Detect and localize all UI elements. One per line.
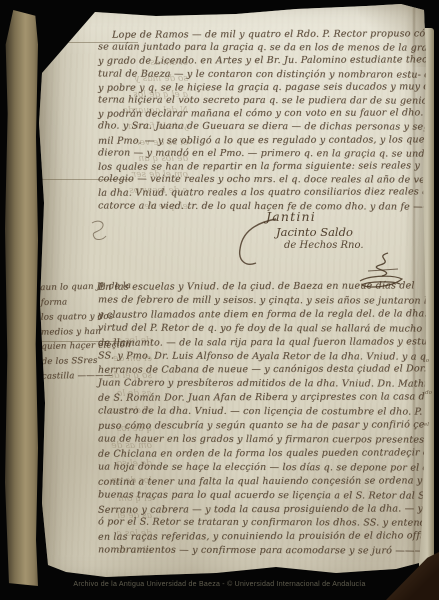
manuscript-line: dieron — y mandó en el Pmo. — primero q.…: [98, 146, 430, 160]
manuscript-line: En las escuelas y Vniud. de la çiud. de …: [98, 279, 432, 294]
signature-block: Jantini Jacinto Saldo de Hechos Rno.: [266, 209, 364, 251]
text-block-entry-2: En las escuelas y Vniud. de la çiud. de …: [98, 280, 432, 558]
manuscript-line: y grado de Licendo. en Artes y el Br. Ju…: [98, 54, 430, 69]
signature-name: Jacinto Saldo: [276, 225, 364, 239]
manuscript-line: de llamamto. — de la sala rija para la q…: [98, 335, 432, 350]
manuscript-line: catorce a la vied. tr. de lo qual haçen …: [98, 199, 430, 213]
manuscript-line: contina a tener una falta la qual hauien…: [98, 474, 432, 489]
manuscript-line: de Chiclana en orden de la forma los qua…: [98, 446, 432, 461]
signature-title: de Hechos Rno.: [284, 240, 364, 251]
notary-mark-icon: [88, 219, 110, 245]
manuscript-page: el om asso de mas ya el q de losN del ag…: [36, 3, 428, 581]
manuscript-line: claustro de la dha. Vniud. — con liçençi…: [98, 405, 432, 420]
manuscript-line: la dha. Vniud. quatro reales a los quatr…: [98, 186, 430, 201]
manuscript-line: aua de hauer en los grados y llamó y fir…: [98, 432, 432, 447]
manuscript-line: dho. y Sra. Juana de Gueuara se diera — …: [98, 120, 430, 134]
archive-watermark-text: Archivo de la Antigua Universidad de Bae…: [0, 581, 439, 588]
manuscript-line: mil Pmo. — y se obligó a lo que es regul…: [98, 133, 430, 148]
manuscript-scan: loRdoel el om asso de mas ya el q de los…: [0, 0, 439, 600]
manuscript-line: virtud del P. Retor de q. yo fe doy de l…: [98, 321, 432, 336]
manuscript-line: mes de febrero de mill y seisos. y çinqt…: [98, 293, 432, 308]
manuscript-line: puso cómo descubría y según quanto se ha…: [98, 418, 432, 433]
text-block-entry-1: Lope de Ramos — de mil y quatro el Rdo. …: [98, 28, 430, 213]
manuscript-line: buenas traças para lo qual acuerdo se li…: [98, 488, 432, 503]
manuscript-line: nombramientos — y confirmose para acomod…: [98, 544, 432, 559]
manuscript-line: tural de Baeza — y le contaron con disti…: [98, 67, 430, 81]
manuscript-line: y pobre y q. se le hiçiese la graçia q. …: [98, 80, 430, 95]
manuscript-line: ua hoja donde se haçe la elecçión — los …: [98, 460, 432, 475]
manuscript-line: de S. Román Dor. Juan Afan de Ribera y a…: [98, 391, 432, 406]
manuscript-line: y claustro llamados ante diem en forma d…: [98, 307, 432, 322]
signature-swash-icon: [236, 215, 280, 271]
book-binding-edge: [5, 10, 38, 586]
signature-flourish-text: Jantini: [266, 209, 364, 224]
